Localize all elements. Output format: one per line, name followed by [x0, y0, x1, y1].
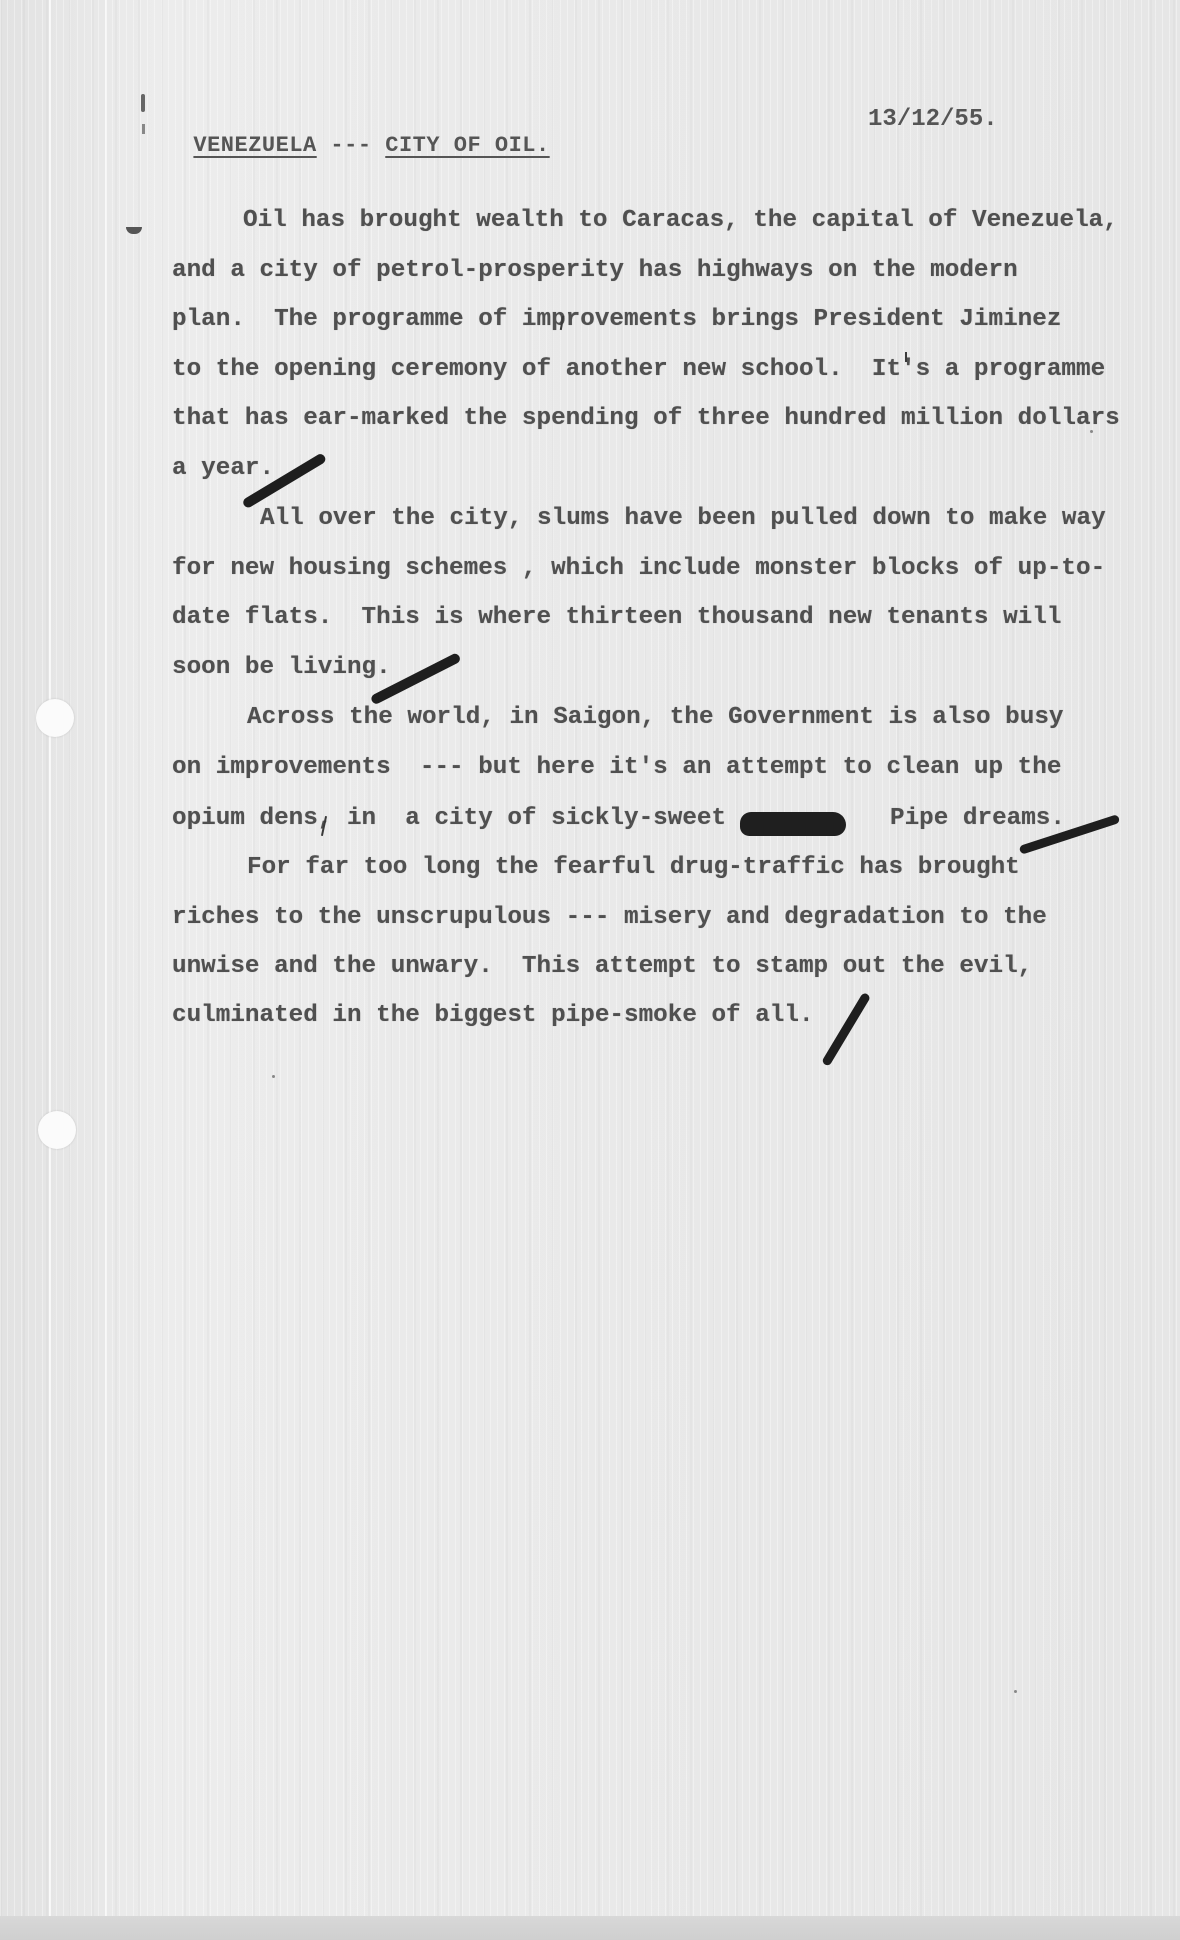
margin-pencil-mark: [142, 124, 145, 134]
body-line: plan. The programme of improvements brin…: [172, 306, 1061, 334]
body-line: on improvements --- but here it's an att…: [172, 754, 1061, 782]
body-line: riches to the unscrupulous --- misery an…: [172, 904, 1047, 932]
page-bottom-edge: [0, 1916, 1180, 1940]
redaction-blackout: [740, 812, 846, 836]
paper-streak: [105, 0, 107, 1940]
margin-pencil-mark: [141, 94, 145, 112]
punch-hole-top: [36, 699, 74, 737]
body-line: date flats. This is where thirteen thous…: [172, 604, 1061, 632]
paper-speck: [1090, 430, 1093, 433]
title-separator: ---: [317, 133, 386, 158]
paper-speck: [1014, 1690, 1017, 1693]
body-line: Oil has brought wealth to Caracas, the c…: [243, 207, 1118, 235]
edit-marker-stroke: [821, 992, 871, 1067]
paper-speck: [272, 1075, 275, 1078]
body-line: unwise and the unwary. This attempt to s…: [172, 953, 1032, 981]
title-country: VENEZUELA: [193, 133, 316, 158]
body-line: that has ear-marked the spending of thre…: [172, 405, 1120, 433]
document-date: 13/12/55.: [868, 107, 998, 133]
body-line: for new housing schemes , which include …: [172, 555, 1105, 583]
body-line: culminated in the biggest pipe-smoke of …: [172, 1002, 814, 1030]
body-line: opium dens, in a city of sickly-sweet: [172, 805, 726, 833]
body-line-tail: Pipe dreams.: [890, 805, 1065, 833]
document-title: VENEZUELA --- CITY OF OIL.: [166, 107, 550, 159]
body-line: All over the city, slums have been pulle…: [260, 505, 1106, 533]
body-line: a year.: [172, 455, 274, 483]
body-line: soon be living.: [172, 654, 391, 682]
body-line: to the opening ceremony of another new s…: [172, 356, 1105, 384]
margin-pen-tick: [126, 227, 142, 234]
body-line: For far too long the fearful drug-traffi…: [247, 854, 1020, 882]
pen-tick: [905, 352, 907, 362]
body-line: Across the world, in Saigon, the Governm…: [247, 704, 1064, 732]
title-subject: CITY OF OIL.: [385, 133, 549, 158]
body-line: and a city of petrol-prosperity has high…: [172, 257, 1018, 285]
punch-hole-bottom: [38, 1111, 76, 1149]
paper-streak: [49, 0, 51, 1940]
